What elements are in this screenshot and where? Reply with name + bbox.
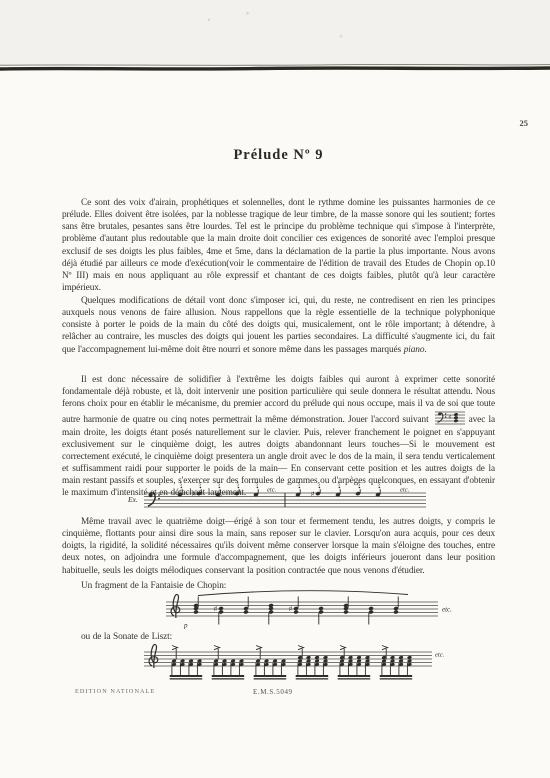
paragraph-1: Ce sont des voix d'airain, prophétiques … <box>62 197 495 294</box>
svg-text:♯: ♯ <box>448 415 451 421</box>
svg-text:♯: ♯ <box>214 606 217 613</box>
svg-text:5: 5 <box>358 482 361 488</box>
paragraph-2-text: Quelques modifications de détail vont do… <box>62 296 495 355</box>
paragraph-3-text-before-chord: Il est donc nécessaire de solidifier à l… <box>62 375 495 425</box>
svg-text:5: 5 <box>318 482 321 488</box>
svg-text:5: 5 <box>199 482 202 488</box>
page-title: Prélude Nº 9 <box>62 147 495 164</box>
svg-text:5: 5 <box>338 482 341 488</box>
svg-text:5: 5 <box>298 482 301 488</box>
text-column: Prélude Nº 9 Ce sont des voix d'airain, … <box>62 0 495 778</box>
svg-text:5: 5 <box>256 482 259 488</box>
svg-text:♯: ♯ <box>192 491 195 498</box>
svg-text:p: p <box>183 622 188 630</box>
svg-text:♯: ♯ <box>289 606 292 613</box>
piano-marking: piano <box>404 345 425 355</box>
paragraph-2: Quelques modifications de détail vont do… <box>62 295 495 356</box>
inline-chord-notation: ♯ <box>432 410 466 426</box>
plate-number: E.M.S.5049 <box>253 688 293 696</box>
music-example-liszt-sonate: etc. <box>132 642 452 689</box>
music-example-chopin-fantaisie: ♯♯petc. <box>154 588 464 637</box>
svg-text:5: 5 <box>378 482 381 488</box>
svg-text:Ex.: Ex. <box>128 495 138 504</box>
svg-text:5: 5 <box>237 482 240 488</box>
music-example-exercise: Ex.55♯555etc.55♯555etc. <box>128 481 428 516</box>
svg-text:♯: ♯ <box>311 491 314 498</box>
page-number: 25 <box>520 118 529 128</box>
svg-text:etc.: etc. <box>267 487 277 494</box>
svg-text:5: 5 <box>180 482 183 488</box>
svg-text:etc.: etc. <box>400 487 410 494</box>
paragraph-2-period: . <box>424 345 426 355</box>
scanned-page: 25 Prélude Nº 9 Ce sont des voix d'airai… <box>0 0 550 778</box>
svg-text:etc.: etc. <box>435 652 445 659</box>
paragraph-4: Même travail avec le quatrième doigt—éri… <box>62 516 495 577</box>
edition-imprint: EDITION NATIONALE <box>75 688 155 695</box>
svg-text:etc.: etc. <box>442 606 452 614</box>
svg-text:5: 5 <box>218 482 221 488</box>
